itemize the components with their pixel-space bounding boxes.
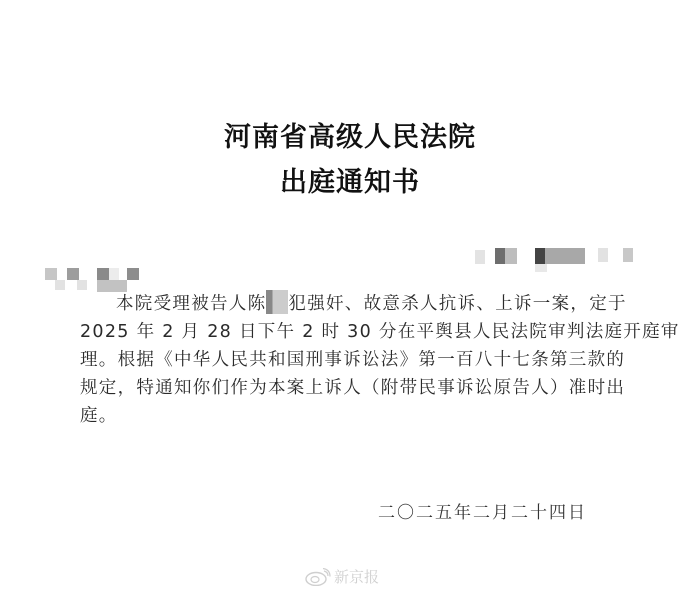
watermark-text: 新京报 [334, 566, 379, 587]
redacted-document-number [440, 240, 660, 280]
notice-body: 本院受理被告人陈犯强奸、故意杀人抗诉、上诉一案，定于 2025 年 2 月 28… [80, 290, 640, 430]
weibo-icon [305, 568, 331, 586]
watermark: 新京报 [305, 566, 379, 587]
body-line-1: 本院受理被告人陈犯强奸、故意杀人抗诉、上诉一案，定于 [80, 290, 640, 318]
body-line-3: 理。根据《中华人民共和国刑事诉讼法》第一百八十七条第三款的 [80, 346, 640, 374]
court-name-title: 河南省高级人民法院 [0, 115, 700, 154]
redacted-defendant-name [266, 290, 288, 314]
body-line-4: 规定，特通知你们作为本案上诉人（附带民事诉讼原告人）准时出 [80, 374, 640, 402]
body-line-2: 2025 年 2 月 28 日下午 2 时 30 分在平舆县人民法院审判法庭开庭… [80, 318, 640, 346]
issue-date: 二〇二五年二月二十四日 [378, 498, 587, 523]
body-line-5: 庭。 [80, 402, 640, 430]
document-type-title: 出庭通知书 [0, 160, 700, 199]
